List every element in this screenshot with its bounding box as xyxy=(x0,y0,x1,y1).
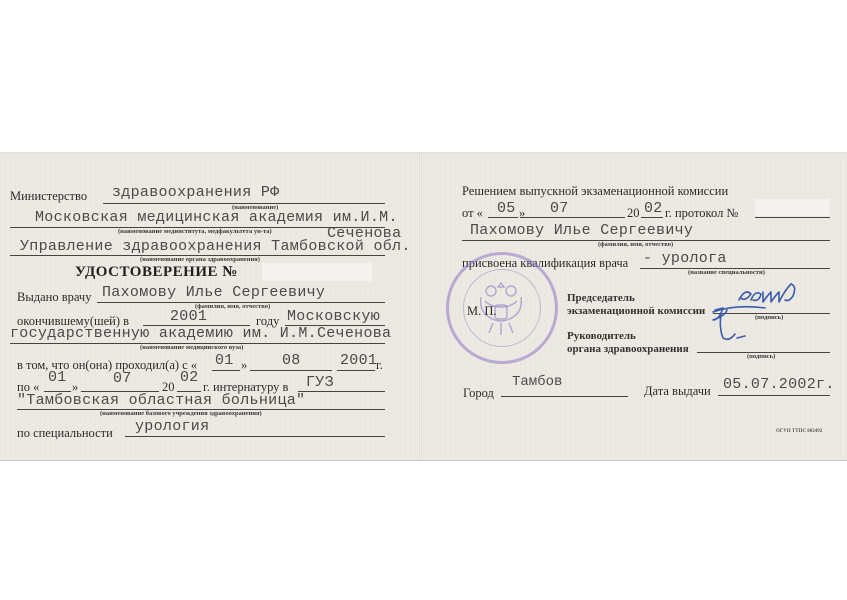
recipient-value: Пахомову Илье Сергеевичу xyxy=(470,222,693,239)
redacted-certificate-number xyxy=(262,263,372,281)
city-label: Город xyxy=(463,386,494,401)
internship-from-month: 08 xyxy=(282,352,301,369)
certificate-title: УДОСТОВЕРЕНИЕ № xyxy=(75,264,238,281)
institute-value: Московская медицинская академия им.И.М. xyxy=(35,209,398,226)
qualification-hint: (название специальности) xyxy=(688,269,765,276)
institute-hint: (наименование мединститута, медфакультет… xyxy=(118,228,272,235)
quote-close: » xyxy=(241,358,247,373)
internship-org-value: "Тамбовская областная больница" xyxy=(17,392,305,409)
protocol-label: г. протокол № xyxy=(665,206,738,221)
quote-close-3: » xyxy=(519,206,525,221)
internship-to-day: 01 xyxy=(48,369,67,386)
decision-month-underline xyxy=(520,217,625,218)
decision-month: 07 xyxy=(550,200,569,217)
chairman-label-cont: экзаменационной комиссии xyxy=(567,305,705,317)
specialty-value: урология xyxy=(135,418,209,435)
from-day-underline xyxy=(212,370,240,371)
head-label: Руководитель xyxy=(567,330,636,342)
graduated-year: 2001 xyxy=(170,308,207,325)
issued-to-value: Пахомову Илье Сергеевичу xyxy=(102,284,325,301)
specialty-label: по специальности xyxy=(17,426,113,441)
internship-to-month: 07 xyxy=(113,370,132,387)
decision-day: 05 xyxy=(497,200,516,217)
ministry-label: Министерство xyxy=(10,189,87,204)
recipient-hint: (фамилия, имя, отчество) xyxy=(598,241,673,248)
city-value: Тамбов xyxy=(512,374,562,390)
university-value: Московскую xyxy=(287,308,380,325)
issued-to-label: Выдано врачу xyxy=(17,290,91,305)
redacted-protocol-number xyxy=(755,199,830,216)
decision-from-label: от « xyxy=(462,206,483,221)
from-month-underline xyxy=(250,370,332,371)
decision-year: 02 xyxy=(644,200,663,217)
internship-org-short: ГУЗ xyxy=(306,374,334,391)
seal-label: М. П. xyxy=(467,304,497,319)
protocol-underline xyxy=(755,217,830,218)
health-body-value: Управление здравоохранения Тамбовской об… xyxy=(20,238,411,255)
print-code: ОГУП ТТПС 002492 xyxy=(776,429,822,434)
org-short-underline xyxy=(298,391,385,392)
official-seal-stamp xyxy=(446,252,558,364)
head-label-cont: органа здравоохранения xyxy=(567,343,689,355)
internship-to-year: 02 xyxy=(180,369,199,386)
page-fold xyxy=(419,153,422,460)
city-underline xyxy=(501,396,628,397)
issue-date-underline xyxy=(718,395,830,396)
university-value-cont: государственную академию им. И.М.Сеченов… xyxy=(10,325,391,342)
from-year-suffix: г. xyxy=(376,358,383,373)
internship-from-label: в том, что он(она) проходил(а) с « xyxy=(17,358,197,373)
chairman-label: Председатель xyxy=(567,292,635,304)
health-body-hint: (наименование органа здравоохранения) xyxy=(140,256,260,263)
issue-date-value: 05.07.2002г. xyxy=(723,376,835,393)
from-year-underline xyxy=(337,370,375,371)
specialty-underline xyxy=(125,436,385,437)
decision-century: 20 xyxy=(627,206,640,221)
university-hint: (наименование медицинского вуза) xyxy=(140,344,243,351)
decision-day-underline xyxy=(488,217,518,218)
ministry-value: здравоохранения РФ xyxy=(112,184,279,201)
internship-from-year: 2001 xyxy=(340,352,377,369)
qualification-value: - уролога xyxy=(643,250,727,267)
internship-from-day: 01 xyxy=(215,352,234,369)
decision-label: Решением выпускной экзаменационной комис… xyxy=(462,184,728,199)
handwritten-signature xyxy=(705,280,805,355)
internship-org-hint: (наименование базового учреждения здраво… xyxy=(100,410,262,417)
issue-date-label: Дата выдачи xyxy=(644,384,711,399)
decision-year-underline xyxy=(641,217,663,218)
